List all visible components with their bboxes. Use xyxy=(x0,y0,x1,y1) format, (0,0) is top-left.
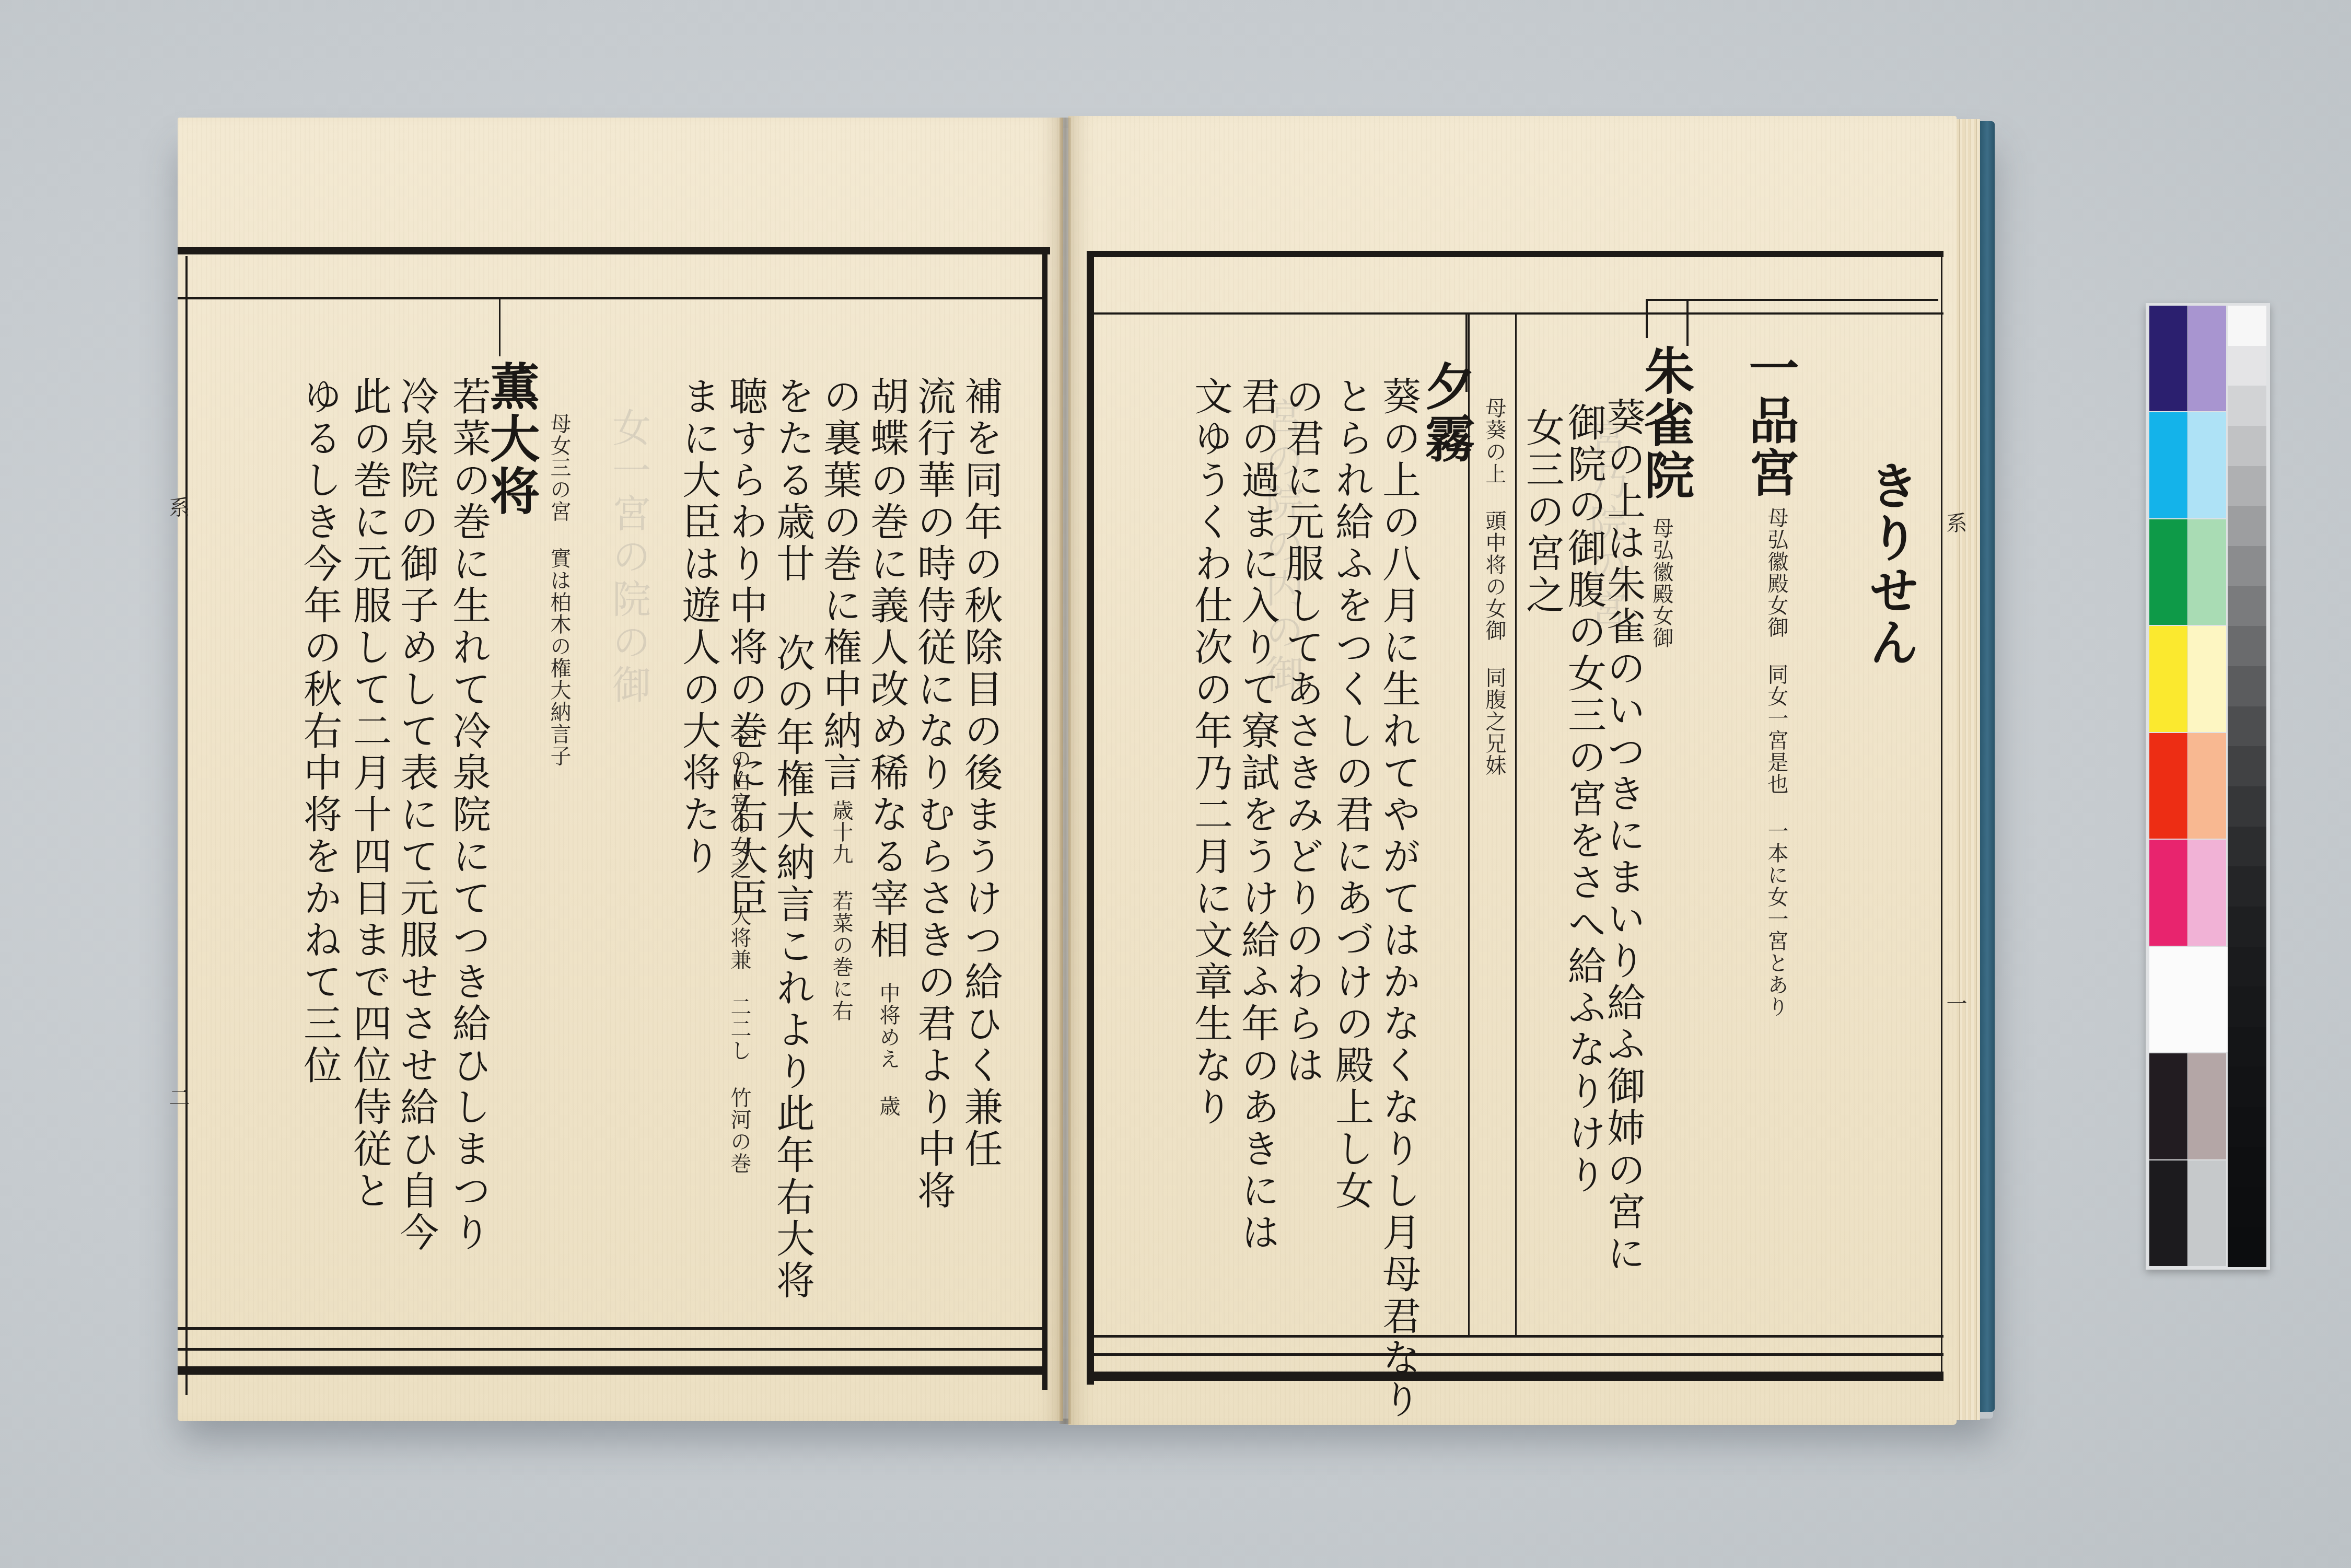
text-column: 若菜の巻に生れて冷泉院にてつき給ひしまつり xyxy=(449,376,488,1254)
grey-step xyxy=(2228,626,2266,666)
color-patch xyxy=(2149,519,2187,625)
color-patch xyxy=(2188,1053,2226,1159)
frame-bottom-thick-right xyxy=(1087,1372,1943,1381)
text-column: 胡蝶の巻に義人改め稀なる宰相 xyxy=(867,376,906,961)
color-patch xyxy=(2188,306,2226,411)
frame-bottom-rule-right xyxy=(1087,1353,1943,1356)
grey-step xyxy=(2228,1227,2266,1267)
frame-bottom-rule-left xyxy=(178,1348,1045,1351)
frame-outer-top-right xyxy=(1087,251,1943,257)
text-column: をたる歳廿 次の年権大納言これより此年右大将 xyxy=(773,376,812,1302)
show-through-text: 女一宮の院の御 xyxy=(601,408,656,707)
grey-step xyxy=(2228,426,2266,466)
frame-center-edge-left xyxy=(1042,248,1048,1390)
text-column: 葵の上は朱雀のいつきにまいり給ふ御姉の宮に xyxy=(1604,397,1643,1275)
color-patch xyxy=(2149,1053,2187,1159)
inline-note: 歳十九 若菜の巻に右 xyxy=(831,799,852,1022)
grey-step xyxy=(2228,586,2266,626)
fold-page-number: 二 xyxy=(167,1087,188,1109)
color-patch xyxy=(2188,1160,2226,1266)
grey-step xyxy=(2228,986,2266,1027)
grey-step xyxy=(2228,746,2266,786)
text-column: 君の過まに入りて寮試をうけ給ふ年のあきには xyxy=(1238,376,1277,1254)
inline-note: 中将めえ 歳 xyxy=(878,982,899,1117)
color-patch xyxy=(2188,626,2226,731)
white-patch xyxy=(2149,947,2228,1052)
frame-center-edge-right xyxy=(1087,251,1094,1385)
text-column: まに大臣は遊人の大将たり xyxy=(679,376,718,878)
column-divider xyxy=(1515,313,1517,1338)
fold-label: 系 xyxy=(1945,512,1965,534)
book-gutter xyxy=(1060,118,1071,1424)
entry-note: 母弘徽殿女御 xyxy=(1651,517,1672,649)
text-column: 葵の上の八月に生れてやがてはかなくなりし月母君なり xyxy=(1379,376,1418,1421)
frame-inner-top-left xyxy=(178,297,1045,299)
color-patch xyxy=(2188,412,2226,518)
grey-step xyxy=(2228,1147,2266,1187)
frame-bottom-thick-left xyxy=(178,1366,1045,1375)
grey-step xyxy=(2228,306,2266,346)
color-patch xyxy=(2149,412,2187,518)
grey-step xyxy=(2228,866,2266,907)
text-column: の君に元服してあさきみどりのわらは xyxy=(1283,376,1321,1087)
text-column: ゆるしき今年の秋右中将をかねて三位 xyxy=(300,376,339,1087)
entry-heading-suzaku-in: 朱雀院 xyxy=(1640,345,1691,502)
grey-step xyxy=(2228,346,2266,386)
color-patch xyxy=(2188,840,2226,945)
color-patch xyxy=(2188,519,2226,625)
grey-step xyxy=(2228,827,2266,867)
grey-step xyxy=(2228,706,2266,747)
grey-step xyxy=(2228,546,2266,586)
color-patch xyxy=(2188,733,2226,839)
entry-heading-kaoru: 薫大将 xyxy=(486,361,536,517)
grey-step xyxy=(2228,1187,2266,1227)
grey-scale-strip xyxy=(2228,306,2266,1267)
entry-note: 母弘徽殿女御 同女一宮是也 一本に女一宮とあり xyxy=(1766,507,1787,1018)
genealogy-branch-line xyxy=(1686,299,1689,346)
entry-note: 母女三の宮 實は柏木の権大納言子 xyxy=(549,413,569,767)
entry-heading-yugiri: 夕霧 xyxy=(1421,361,1471,465)
color-calibration-target xyxy=(2146,303,2270,1270)
grey-step xyxy=(2228,1027,2266,1067)
text-column: 流行華の時侍従になりむらさきの君より中将 xyxy=(914,376,953,1212)
inline-note: 今の白宮の女之 大将兼 二二し 竹河の巻 xyxy=(729,726,750,1175)
text-column: 補を同年の秋除目の後まうけつ給ひく兼任 xyxy=(961,376,1000,1170)
color-patch xyxy=(2149,626,2187,731)
genealogy-branch-line xyxy=(499,299,501,356)
text-column: 御院の御腹の女三の宮をさへ給ふなりけり xyxy=(1565,402,1603,1197)
color-patch xyxy=(2149,840,2187,945)
genealogy-branch-line xyxy=(1646,299,1938,301)
text-column: とられ給ふをつくしの君にあづけの殿上し女 xyxy=(1332,376,1371,1212)
entry-note: 母葵の上 頭中将の女御 同腹之兄妹 xyxy=(1484,397,1505,776)
grey-step xyxy=(2228,386,2266,426)
fold-label: 系 xyxy=(167,496,188,518)
text-column: 文ゆうくわ仕次の年乃二月に文章生なり xyxy=(1191,376,1230,1129)
page-fore-edge xyxy=(1957,119,1980,1420)
frame-fold-rule-right xyxy=(1941,251,1942,1374)
frame-outer-top-left xyxy=(178,247,1050,254)
grey-step xyxy=(2228,666,2266,706)
grey-step xyxy=(2228,1107,2266,1147)
fold-page-number: 一 xyxy=(1945,993,1965,1015)
entry-heading-kiritsubo: きりせん xyxy=(1865,460,1915,669)
text-column: の裏葉の巻に権中納言 xyxy=(820,376,859,794)
text-column: 女三の宮之 xyxy=(1523,408,1562,617)
grey-step xyxy=(2228,786,2266,827)
grey-step xyxy=(2228,947,2266,987)
entry-heading-ichi-no-miya: 一品宮 xyxy=(1745,342,1795,499)
text-column: 此の巻に元服して二月十四日まで四位侍従と xyxy=(350,376,389,1212)
color-patch xyxy=(2149,306,2187,411)
frame-bottom-rule-right xyxy=(1087,1335,1943,1338)
text-column: 冷泉院の御子めして表にて元服せさせ給ひ自今 xyxy=(397,376,436,1254)
blue-cover-edge xyxy=(1980,121,1995,1412)
frame-bottom-rule-left xyxy=(178,1327,1045,1330)
grey-step xyxy=(2228,466,2266,506)
color-patch xyxy=(2149,733,2187,839)
column-divider xyxy=(1468,313,1470,1338)
frame-fold-rule-left xyxy=(185,256,188,1395)
grey-step xyxy=(2228,907,2266,947)
genealogy-branch-line xyxy=(1646,299,1648,338)
grey-step xyxy=(2228,506,2266,546)
grey-step xyxy=(2228,1066,2266,1107)
color-patch xyxy=(2149,1160,2187,1266)
